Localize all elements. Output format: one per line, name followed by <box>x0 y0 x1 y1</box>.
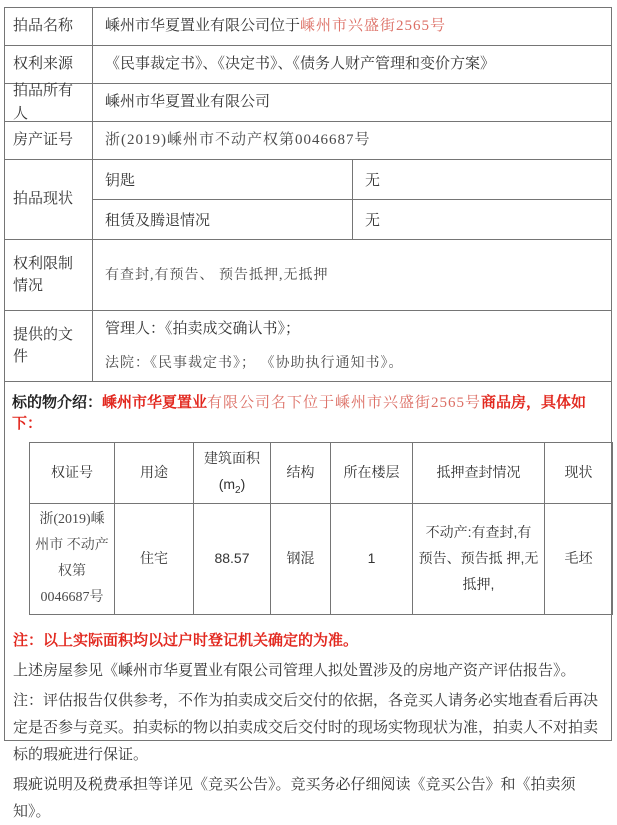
header-cert-no: 权证号 <box>30 443 115 504</box>
cert-no-value: 浙(2019)嵊州市不动产权第0046687号 <box>93 122 611 159</box>
status-lease-row: 租赁及腾退情况 无 <box>93 200 611 239</box>
note-appraisal-disclaimer: 注：评估报告仅供参考，不作为拍卖成交后交付的依据，各竞买人请务必实地查看后再决定… <box>13 687 603 768</box>
cell-usage: 住宅 <box>115 504 194 615</box>
row-status: 拍品现状 钥匙 无 租赁及腾退情况 无 <box>5 160 611 240</box>
owner-label: 拍品所有人 <box>5 84 93 121</box>
table-header-row: 权证号 用途 建筑面积 (m2) 结构 所在楼层 抵押查封情况 现状 <box>30 443 613 504</box>
cell-cert-no: 浙(2019)嵊州市 不动产权第 0046687号 <box>30 504 115 615</box>
row-documents: 提供的文件 管理人：《拍卖成交确认书》； 法院：《民事裁定书》； 《协助执行通知… <box>5 311 611 382</box>
header-mortgage: 抵押查封情况 <box>413 443 545 504</box>
documents-line-court: 法院：《民事裁定书》； 《协助执行通知书》。 <box>105 353 404 374</box>
item-name-value: 嵊州市华夏置业有限公司位于嵊州市兴盛街2565号 <box>93 8 611 45</box>
status-lease-name: 租赁及腾退情况 <box>93 200 353 239</box>
rights-source-value: 《民事裁定书》、《决定书》、《债务人财产管理和变价方案》 <box>93 46 611 83</box>
row-owner: 拍品所有人 嵊州市华夏置业有限公司 <box>5 84 611 122</box>
item-name-address-red: 嵊州市兴盛街2565号 <box>300 18 446 34</box>
subject-intro-label: 标的物介绍： <box>12 394 102 411</box>
note-appraisal-reference: 上述房屋参见《嵊州市华夏置业有限公司管理人拟处置涉及的房地产资产评估报告》。 <box>13 657 603 684</box>
subject-intro-company-red: 嵊州市华夏置业 <box>102 394 207 411</box>
restriction-value: 有查封,有预告、 预告抵押,无抵押 <box>93 240 611 310</box>
header-floor-area: 建筑面积 (m2) <box>194 443 271 504</box>
note-area-disclaimer-red: 注：以上实际面积均以过户时登记机关确定的为准。 <box>13 627 603 654</box>
item-name-label: 拍品名称 <box>5 8 93 45</box>
status-key-name: 钥匙 <box>93 160 353 199</box>
row-restriction: 权利限制情况 有查封,有预告、 预告抵押,无抵押 <box>5 240 611 311</box>
property-detail-table: 权证号 用途 建筑面积 (m2) 结构 所在楼层 抵押查封情况 现状 浙(201… <box>29 442 613 615</box>
subject-intro-address-red: 有限公司名下位于嵊州市兴盛街2565号 <box>207 395 481 411</box>
status-label: 拍品现状 <box>5 160 93 239</box>
cell-structure: 钢混 <box>271 504 331 615</box>
row-item-name: 拍品名称 嵊州市华夏置业有限公司位于嵊州市兴盛街2565号 <box>5 8 611 46</box>
auction-item-document: 拍品名称 嵊州市华夏置业有限公司位于嵊州市兴盛街2565号 权利来源 《民事裁定… <box>4 7 612 741</box>
table-data-row: 浙(2019)嵊州市 不动产权第 0046687号 住宅 88.57 钢混 1 … <box>30 504 613 615</box>
rights-source-label: 权利来源 <box>5 46 93 83</box>
restriction-label: 权利限制情况 <box>5 240 93 310</box>
header-usage: 用途 <box>115 443 194 504</box>
subject-intro-line: 标的物介绍：嵊州市华夏置业有限公司名下位于嵊州市兴盛街2565号商品房，具体如下… <box>12 391 605 433</box>
documents-value: 管理人：《拍卖成交确认书》； 法院：《民事裁定书》； 《协助执行通知书》。 <box>93 311 611 381</box>
cell-condition: 毛坯 <box>545 504 613 615</box>
cell-mortgage: 不动产:有查封,有 预告、预告抵 押,无抵押, <box>413 504 545 615</box>
documents-line-manager: 管理人：《拍卖成交确认书》； <box>105 318 300 341</box>
cell-floor-area: 88.57 <box>194 504 271 615</box>
header-condition: 现状 <box>545 443 613 504</box>
item-name-text: 嵊州市华夏置业有限公司位于 <box>105 17 300 34</box>
status-lease-value: 无 <box>353 200 611 239</box>
owner-value: 嵊州市华夏置业有限公司 <box>93 84 611 121</box>
note-defects-notice: 瑕疵说明及税费承担等详见《竞买公告》。竞买务必仔细阅读《竞买公告》和《拍卖须知》… <box>13 771 603 825</box>
header-floor: 所在楼层 <box>331 443 413 504</box>
status-subtable: 钥匙 无 租赁及腾退情况 无 <box>93 160 611 239</box>
cert-no-label: 房产证号 <box>5 122 93 159</box>
header-structure: 结构 <box>271 443 331 504</box>
row-rights-source: 权利来源 《民事裁定书》、《决定书》、《债务人财产管理和变价方案》 <box>5 46 611 84</box>
row-cert-no: 房产证号 浙(2019)嵊州市不动产权第0046687号 <box>5 122 611 160</box>
documents-label: 提供的文件 <box>5 311 93 381</box>
cell-floor: 1 <box>331 504 413 615</box>
subject-intro-section: 标的物介绍：嵊州市华夏置业有限公司名下位于嵊州市兴盛街2565号商品房，具体如下… <box>5 382 611 825</box>
status-key-value: 无 <box>353 160 611 199</box>
status-key-row: 钥匙 无 <box>93 160 611 200</box>
